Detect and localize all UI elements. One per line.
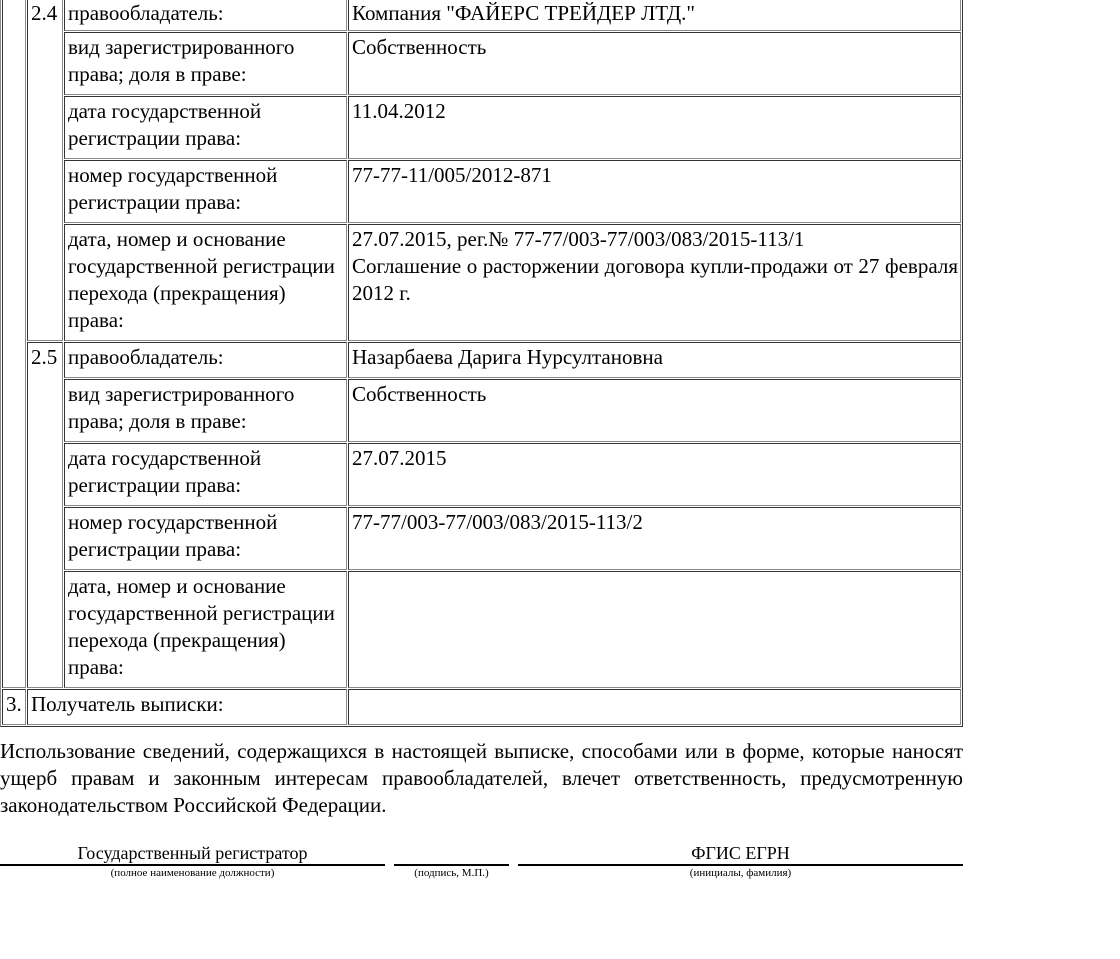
row-value: 27.07.2015, рег.№ 77-77/003-77/003/083/2… xyxy=(348,224,961,341)
table-row: номер государственной регистрации права:… xyxy=(2,507,961,570)
table-row: 2.5 правообладатель: Назарбаева Дарига Н… xyxy=(2,342,961,378)
table-row: вид зарегистрированного права; доля в пр… xyxy=(2,379,961,442)
name-value: ФГИС ЕГРН xyxy=(518,842,963,866)
table-row: дата государственной регистрации права: … xyxy=(2,96,961,159)
sign-value xyxy=(394,842,509,866)
row-label: правообладатель: xyxy=(64,0,347,31)
row-label: номер государственной регистрации права: xyxy=(64,160,347,223)
table-row: вид зарегистрированного права; доля в пр… xyxy=(2,32,961,95)
name-caption: (инициалы, фамилия) xyxy=(518,866,963,880)
row-value: Компания "ФАЙЕРС ТРЕЙДЕР ЛТД." xyxy=(348,0,961,31)
signature-position: Государственный регистратор (полное наим… xyxy=(0,842,385,882)
table-row: номер государственной регистрации права:… xyxy=(2,160,961,223)
position-caption: (полное наименование должности) xyxy=(0,866,385,880)
row-value: 27.07.2015 xyxy=(348,443,961,506)
row-label: номер государственной регистрации права: xyxy=(64,507,347,570)
group-number: 2.4 xyxy=(27,0,63,341)
sign-caption: (подпись, М.П.) xyxy=(394,866,509,880)
row-label: дата государственной регистрации права: xyxy=(64,96,347,159)
row-value: Собственность xyxy=(348,379,961,442)
row-label: вид зарегистрированного права; доля в пр… xyxy=(64,379,347,442)
row-value: 77-77-11/005/2012-871 xyxy=(348,160,961,223)
row-label: дата, номер и основание государственной … xyxy=(64,224,347,341)
row-label: вид зарегистрированного права; доля в пр… xyxy=(64,32,347,95)
recipient-label: Получатель выписки: xyxy=(27,689,347,725)
table-row: дата государственной регистрации права: … xyxy=(2,443,961,506)
egrn-extract-table: 2.4 правообладатель: Компания "ФАЙЕРС ТР… xyxy=(0,0,963,727)
row-label: правообладатель: xyxy=(64,342,347,378)
row-value: 77-77/003-77/003/083/2015-113/2 xyxy=(348,507,961,570)
row-value: Собственность xyxy=(348,32,961,95)
row-label: дата, номер и основание государственной … xyxy=(64,571,347,688)
row-label: дата государственной регистрации права: xyxy=(64,443,347,506)
position-value: Государственный регистратор xyxy=(0,842,385,866)
transfer-basis: Соглашение о расторжении договора купли-… xyxy=(352,253,958,307)
row-value xyxy=(348,571,961,688)
table-row: 2.4 правообладатель: Компания "ФАЙЕРС ТР… xyxy=(2,0,961,31)
section-number: 3. xyxy=(2,689,26,725)
row-value: Назарбаева Дарига Нурсултановна xyxy=(348,342,961,378)
group-number: 2.5 xyxy=(27,342,63,688)
table-row: дата, номер и основание государственной … xyxy=(2,224,961,341)
section-number-cell xyxy=(2,0,26,688)
signature-sign: (подпись, М.П.) xyxy=(394,842,509,882)
legal-notice: Использование сведений, содержащихся в н… xyxy=(0,738,963,819)
row-value: 11.04.2012 xyxy=(348,96,961,159)
table-row-recipient: 3. Получатель выписки: xyxy=(2,689,961,725)
table-row: дата, номер и основание государственной … xyxy=(2,571,961,688)
transfer-registration: 27.07.2015, рег.№ 77-77/003-77/003/083/2… xyxy=(352,226,958,253)
signature-name: ФГИС ЕГРН (инициалы, фамилия) xyxy=(518,842,963,882)
recipient-value xyxy=(348,689,961,725)
